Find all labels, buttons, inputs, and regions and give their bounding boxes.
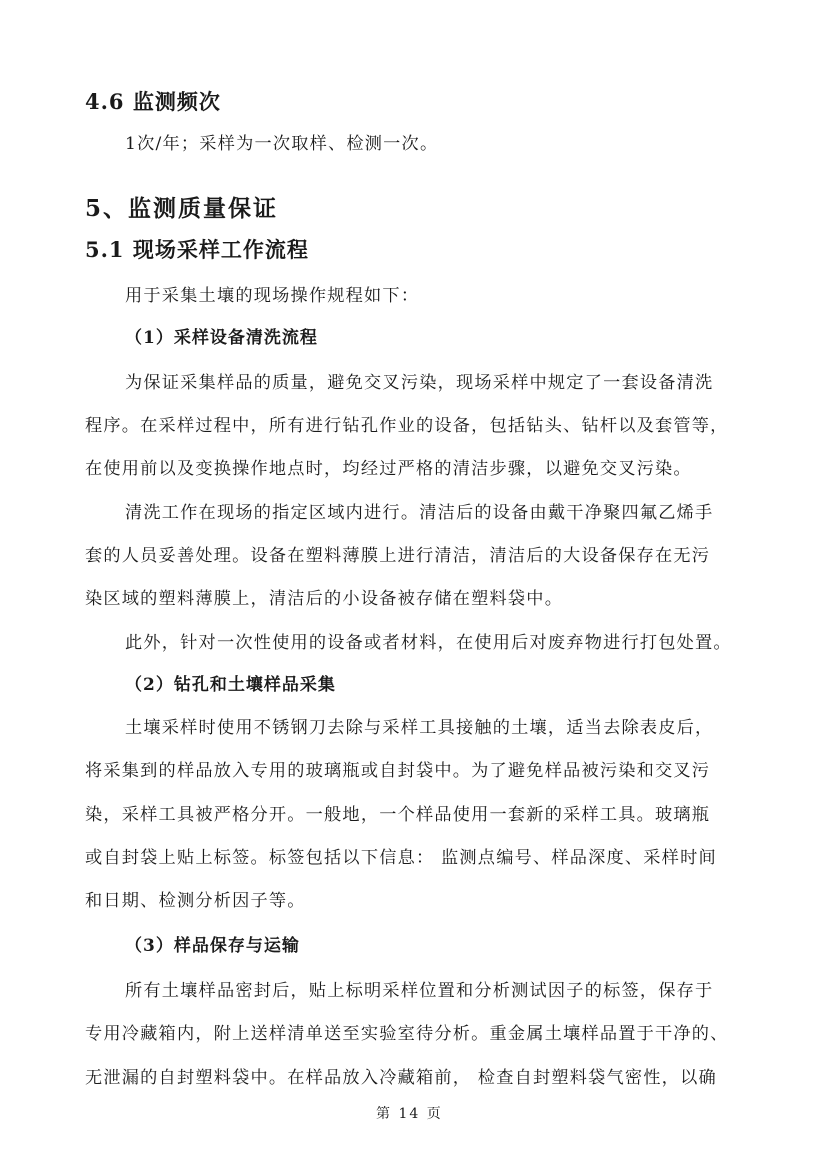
paragraph-line: 和日期、检测分析因子等。 [85, 886, 306, 911]
frequency-text: 1次/年；采样为一次取样、检测一次。 [125, 129, 438, 154]
paragraph-line: 在使用前以及变换操作地点时，均经过严格的清洁步骤，以避免交叉污染。 [85, 454, 692, 479]
heading-5-1: 5.1 现场采样工作流程 [85, 234, 309, 264]
paragraph-line: 为保证采集样品的质量，避免交叉污染，现场采样中规定了一套设备清洗 [125, 368, 713, 393]
page-number: 第 14 页 [376, 1103, 443, 1123]
intro-text: 用于采集土壤的现场操作规程如下： [125, 281, 419, 306]
item-3-title: （3）样品保存与运输 [125, 931, 300, 956]
paragraph-line: 专用冷藏箱内，附上送样清单送至实验室待分析。重金属土壤样品置于干净的、 [85, 1019, 729, 1044]
paragraph-line: 或自封袋上贴上标签。标签包括以下信息： 监测点编号、样品深度、采样时间 [85, 843, 717, 868]
paragraph-line: 染区域的塑料薄膜上，清洁后的小设备被存储在塑料袋中。 [85, 584, 563, 609]
paragraph-line: 无泄漏的自封塑料袋中。在样品放入冷藏箱前， 检查自封塑料袋气密性，以确 [85, 1063, 717, 1088]
document-page: 4.6 监测频次 1次/年；采样为一次取样、检测一次。 5、监测质量保证 5.1… [0, 0, 825, 1166]
paragraph-line: 染，采样工具被严格分开。一般地，一个样品使用一套新的采样工具。玻璃瓶 [85, 800, 710, 825]
heading-5: 5、监测质量保证 [85, 190, 278, 223]
paragraph-line: 此外，针对一次性使用的设备或者材料，在使用后对废弃物进行打包处置。 [125, 628, 732, 653]
paragraph-line: 套的人员妥善处理。设备在塑料薄膜上进行清洁，清洁后的大设备保存在无污 [85, 541, 710, 566]
paragraph-line: 所有土壤样品密封后，贴上标明采样位置和分析测试因子的标签，保存于 [125, 976, 713, 1001]
paragraph-line: 清洗工作在现场的指定区域内进行。清洁后的设备由戴干净聚四氟乙烯手 [125, 498, 713, 523]
item-1-title: （1）采样设备清洗流程 [125, 323, 318, 348]
heading-4-6: 4.6 监测频次 [85, 86, 221, 116]
paragraph-line: 将采集到的样品放入专用的玻璃瓶或自封袋中。为了避免样品被污染和交叉污 [85, 756, 710, 781]
paragraph-line: 程序。在采样过程中，所有进行钻孔作业的设备，包括钻头、钻杆以及套管等， [85, 411, 729, 436]
item-2-title: （2）钻孔和土壤样品采集 [125, 670, 336, 695]
paragraph-line: 土壤采样时使用不锈钢刀去除与采样工具接触的土壤，适当去除表皮后， [125, 713, 713, 738]
